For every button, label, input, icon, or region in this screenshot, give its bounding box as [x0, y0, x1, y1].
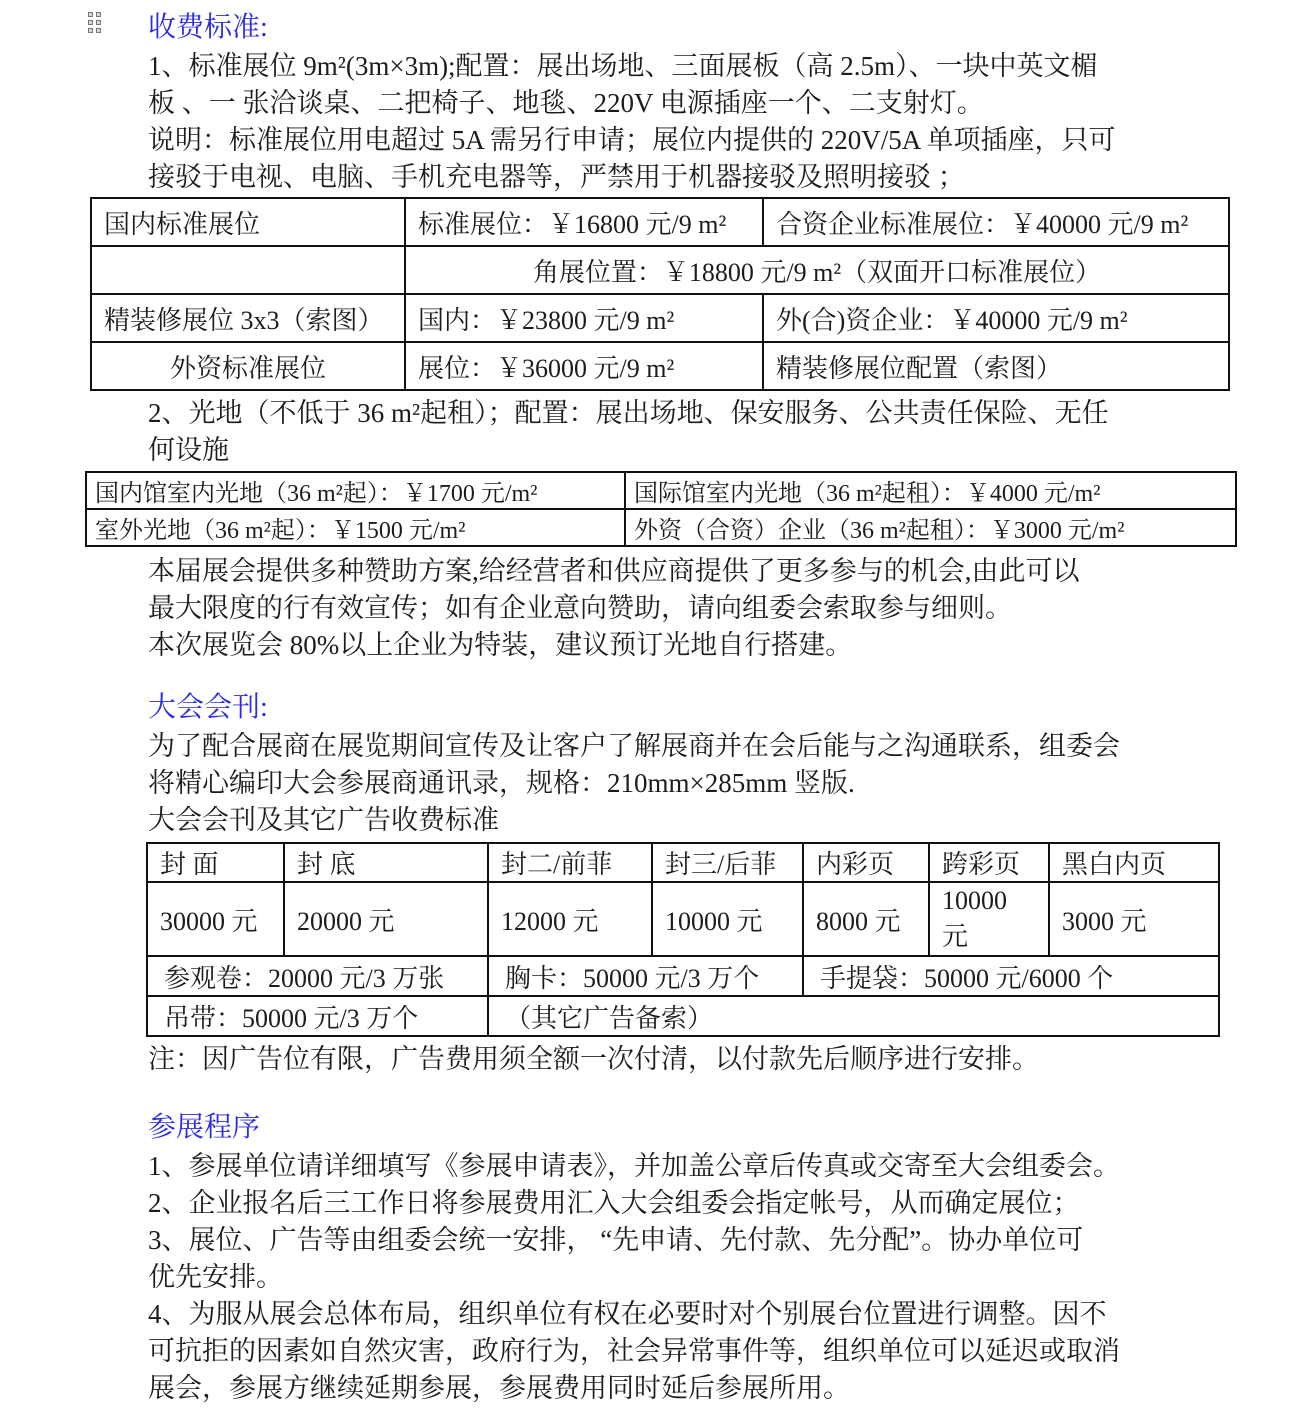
section-procedure-heading: 参展程序	[148, 1108, 1239, 1148]
procedure-line: 3、展位、广告等由组委会统一安排， “先申请、先付款、先分配”。协办单位可	[148, 1222, 1239, 1259]
table-row: 国内馆室内光地（36 m²起）：￥1700 元/m² 国际馆室内光地（36 m²…	[86, 472, 1236, 509]
ad-table-header-cell: 封三/后菲	[652, 843, 803, 882]
ad-table-cell: 手提袋：50000 元/6000 个	[803, 956, 1219, 996]
booth-table-cell: 精装修展位配置（索图）	[763, 342, 1229, 390]
booth-table-cell: 精装修展位 3x3（索图）	[91, 294, 405, 342]
journal-intro-line: 将精心编印大会参展商通讯录，规格：210mm×285mm 竖版.	[148, 765, 1239, 802]
ad-table-price-cell: 20000 元	[284, 882, 488, 956]
ad-table-header-cell: 跨彩页	[929, 843, 1049, 882]
space-intro-line: 何设施	[148, 432, 1239, 469]
procedure-line: 展会，参展方继续延期参展，参展费用同时延后参展所用。	[148, 1370, 1239, 1407]
sponsor-line: 最大限度的行有效宣传；如有企业意向赞助，请向组委会索取参与细则。	[148, 590, 1239, 627]
booth-table-cell: 国内：￥23800 元/9 m²	[405, 294, 763, 342]
ad-table-cell: 吊带：50000 元/3 万个	[147, 996, 488, 1036]
drag-handle-icon[interactable]	[88, 12, 101, 33]
procedure-line: 2、企业报名后三工作日将参展费用汇入大会组委会指定帐号，从而确定展位；	[148, 1185, 1239, 1222]
space-table-cell: 国际馆室内光地（36 m²起租）：￥4000 元/m²	[625, 472, 1236, 509]
booth-table-cell: 外(合)资企业：￥40000 元/9 m²	[763, 294, 1229, 342]
space-intro-paragraph: 2、光地（不低于 36 m²起租）；配置：展出场地、保安服务、公共责任保险、无任…	[148, 395, 1239, 469]
ad-table-cell: 胸卡：50000 元/3 万个	[488, 956, 803, 996]
table-row: 角展位置：￥18800 元/9 m²（双面开口标准展位）	[91, 246, 1229, 294]
ad-table-header-cell: 封 底	[284, 843, 488, 882]
table-row: 外资标准展位 展位：￥36000 元/9 m² 精装修展位配置（索图）	[91, 342, 1229, 390]
document-page: 收费标准: 1、标准展位 9m²(3m×3m);配置：展出场地、三面展板（高 2…	[0, 0, 1309, 1414]
table-row: 国内标准展位 标准展位：￥16800 元/9 m² 合资企业标准展位：￥4000…	[91, 198, 1229, 246]
ad-table-price-cell: 3000 元	[1049, 882, 1219, 956]
fees-intro-line: 接驳于电视、电脑、手机充电器等，严禁用于机器接驳及照明接驳 ；	[148, 159, 1239, 196]
table-header-row: 封 面 封 底 封二/前菲 封三/后菲 内彩页 跨彩页 黑白内页	[147, 843, 1219, 882]
table-row: 室外光地（36 m²起）：￥1500 元/m² 外资（合资）企业（36 m²起租…	[86, 509, 1236, 546]
raw-space-price-table: 国内馆室内光地（36 m²起）：￥1700 元/m² 国际馆室内光地（36 m²…	[85, 471, 1237, 547]
booth-table-cell: 国内标准展位	[91, 198, 405, 246]
ad-price-table: 封 面 封 底 封二/前菲 封三/后菲 内彩页 跨彩页 黑白内页 30000 元…	[146, 842, 1220, 1037]
section-fees-heading: 收费标准:	[148, 8, 1239, 48]
ad-table-price-cell: 8000 元	[803, 882, 929, 956]
procedure-line: 1、参展单位请详细填写《参展申请表》，并加盖公章后传真或交寄至大会组委会。	[148, 1148, 1239, 1185]
fees-intro-paragraph: 1、标准展位 9m²(3m×3m);配置：展出场地、三面展板（高 2.5m）、一…	[148, 48, 1239, 196]
table-row: 精装修展位 3x3（索图） 国内：￥23800 元/9 m² 外(合)资企业：￥…	[91, 294, 1229, 342]
journal-intro-paragraph: 为了配合展商在展览期间宣传及让客户了解展商并在会后能与之沟通联系，组委会 将精心…	[148, 728, 1239, 839]
booth-table-cell: 合资企业标准展位：￥40000 元/9 m²	[763, 198, 1229, 246]
space-table-cell: 国内馆室内光地（36 m²起）：￥1700 元/m²	[86, 472, 625, 509]
table-row: 吊带：50000 元/3 万个 （其它广告备索）	[147, 996, 1219, 1036]
space-table-cell: 室外光地（36 m²起）：￥1500 元/m²	[86, 509, 625, 546]
procedure-line: 优先安排。	[148, 1259, 1239, 1296]
table-row: 参观卷：20000 元/3 万张 胸卡：50000 元/3 万个 手提袋：500…	[147, 956, 1219, 996]
space-intro-line: 2、光地（不低于 36 m²起租）；配置：展出场地、保安服务、公共责任保险、无任	[148, 395, 1239, 432]
sponsor-line: 本次展览会 80%以上企业为特装，建议预订光地自行搭建。	[148, 627, 1239, 664]
ad-table-price-cell: 10000 元	[652, 882, 803, 956]
ad-table-header-cell: 黑白内页	[1049, 843, 1219, 882]
table-row: 30000 元 20000 元 12000 元 10000 元 8000 元 1…	[147, 882, 1219, 956]
journal-note: 注：因广告位有限，广告费用须全额一次付清，以付款先后顺序进行安排。	[148, 1041, 1239, 1078]
booth-price-table: 国内标准展位 标准展位：￥16800 元/9 m² 合资企业标准展位：￥4000…	[90, 197, 1230, 391]
procedure-line: 4、为服从展会总体布局，组织单位有权在必要时对个别展台位置进行调整。因不	[148, 1296, 1239, 1333]
fees-intro-line: 说明：标准展位用电超过 5A 需另行申请；展位内提供的 220V/5A 单项插座…	[148, 122, 1239, 159]
ad-table-cell: （其它广告备索）	[488, 996, 1219, 1036]
journal-intro-line: 为了配合展商在展览期间宣传及让客户了解展商并在会后能与之沟通联系，组委会	[148, 728, 1239, 765]
procedure-list: 1、参展单位请详细填写《参展申请表》，并加盖公章后传真或交寄至大会组委会。 2、…	[148, 1148, 1239, 1407]
ad-table-price-cell: 10000 元	[929, 882, 1049, 956]
procedure-line: 可抗拒的因素如自然灾害，政府行为，社会异常事件等，组织单位可以延迟或取消	[148, 1333, 1239, 1370]
ad-table-caption: 大会会刊及其它广告收费标准	[148, 802, 1239, 839]
ad-table-price-cell: 12000 元	[488, 882, 652, 956]
space-table-cell: 外资（合资）企业（36 m²起租）：￥3000 元/m²	[625, 509, 1236, 546]
booth-table-cell: 角展位置：￥18800 元/9 m²（双面开口标准展位）	[405, 246, 1229, 294]
ad-table-header-cell: 封二/前菲	[488, 843, 652, 882]
section-journal-heading: 大会会刊:	[148, 688, 1239, 728]
ad-table-cell: 参观卷：20000 元/3 万张	[147, 956, 488, 996]
sponsor-paragraph: 本届展会提供多种赞助方案,给经营者和供应商提供了更多参与的机会,由此可以 最大限…	[148, 553, 1239, 664]
booth-table-cell-empty	[91, 246, 405, 294]
ad-table-price-cell: 30000 元	[147, 882, 284, 956]
booth-table-cell: 展位：￥36000 元/9 m²	[405, 342, 763, 390]
booth-table-cell: 标准展位：￥16800 元/9 m²	[405, 198, 763, 246]
ad-table-header-cell: 内彩页	[803, 843, 929, 882]
sponsor-line: 本届展会提供多种赞助方案,给经营者和供应商提供了更多参与的机会,由此可以	[148, 553, 1239, 590]
ad-table-header-cell: 封 面	[147, 843, 284, 882]
fees-intro-line: 板 、一 张洽谈桌、二把椅子、地毯、220V 电源插座一个、二支射灯。	[148, 85, 1239, 122]
booth-table-cell: 外资标准展位	[91, 342, 405, 390]
fees-intro-line: 1、标准展位 9m²(3m×3m);配置：展出场地、三面展板（高 2.5m）、一…	[148, 48, 1239, 85]
